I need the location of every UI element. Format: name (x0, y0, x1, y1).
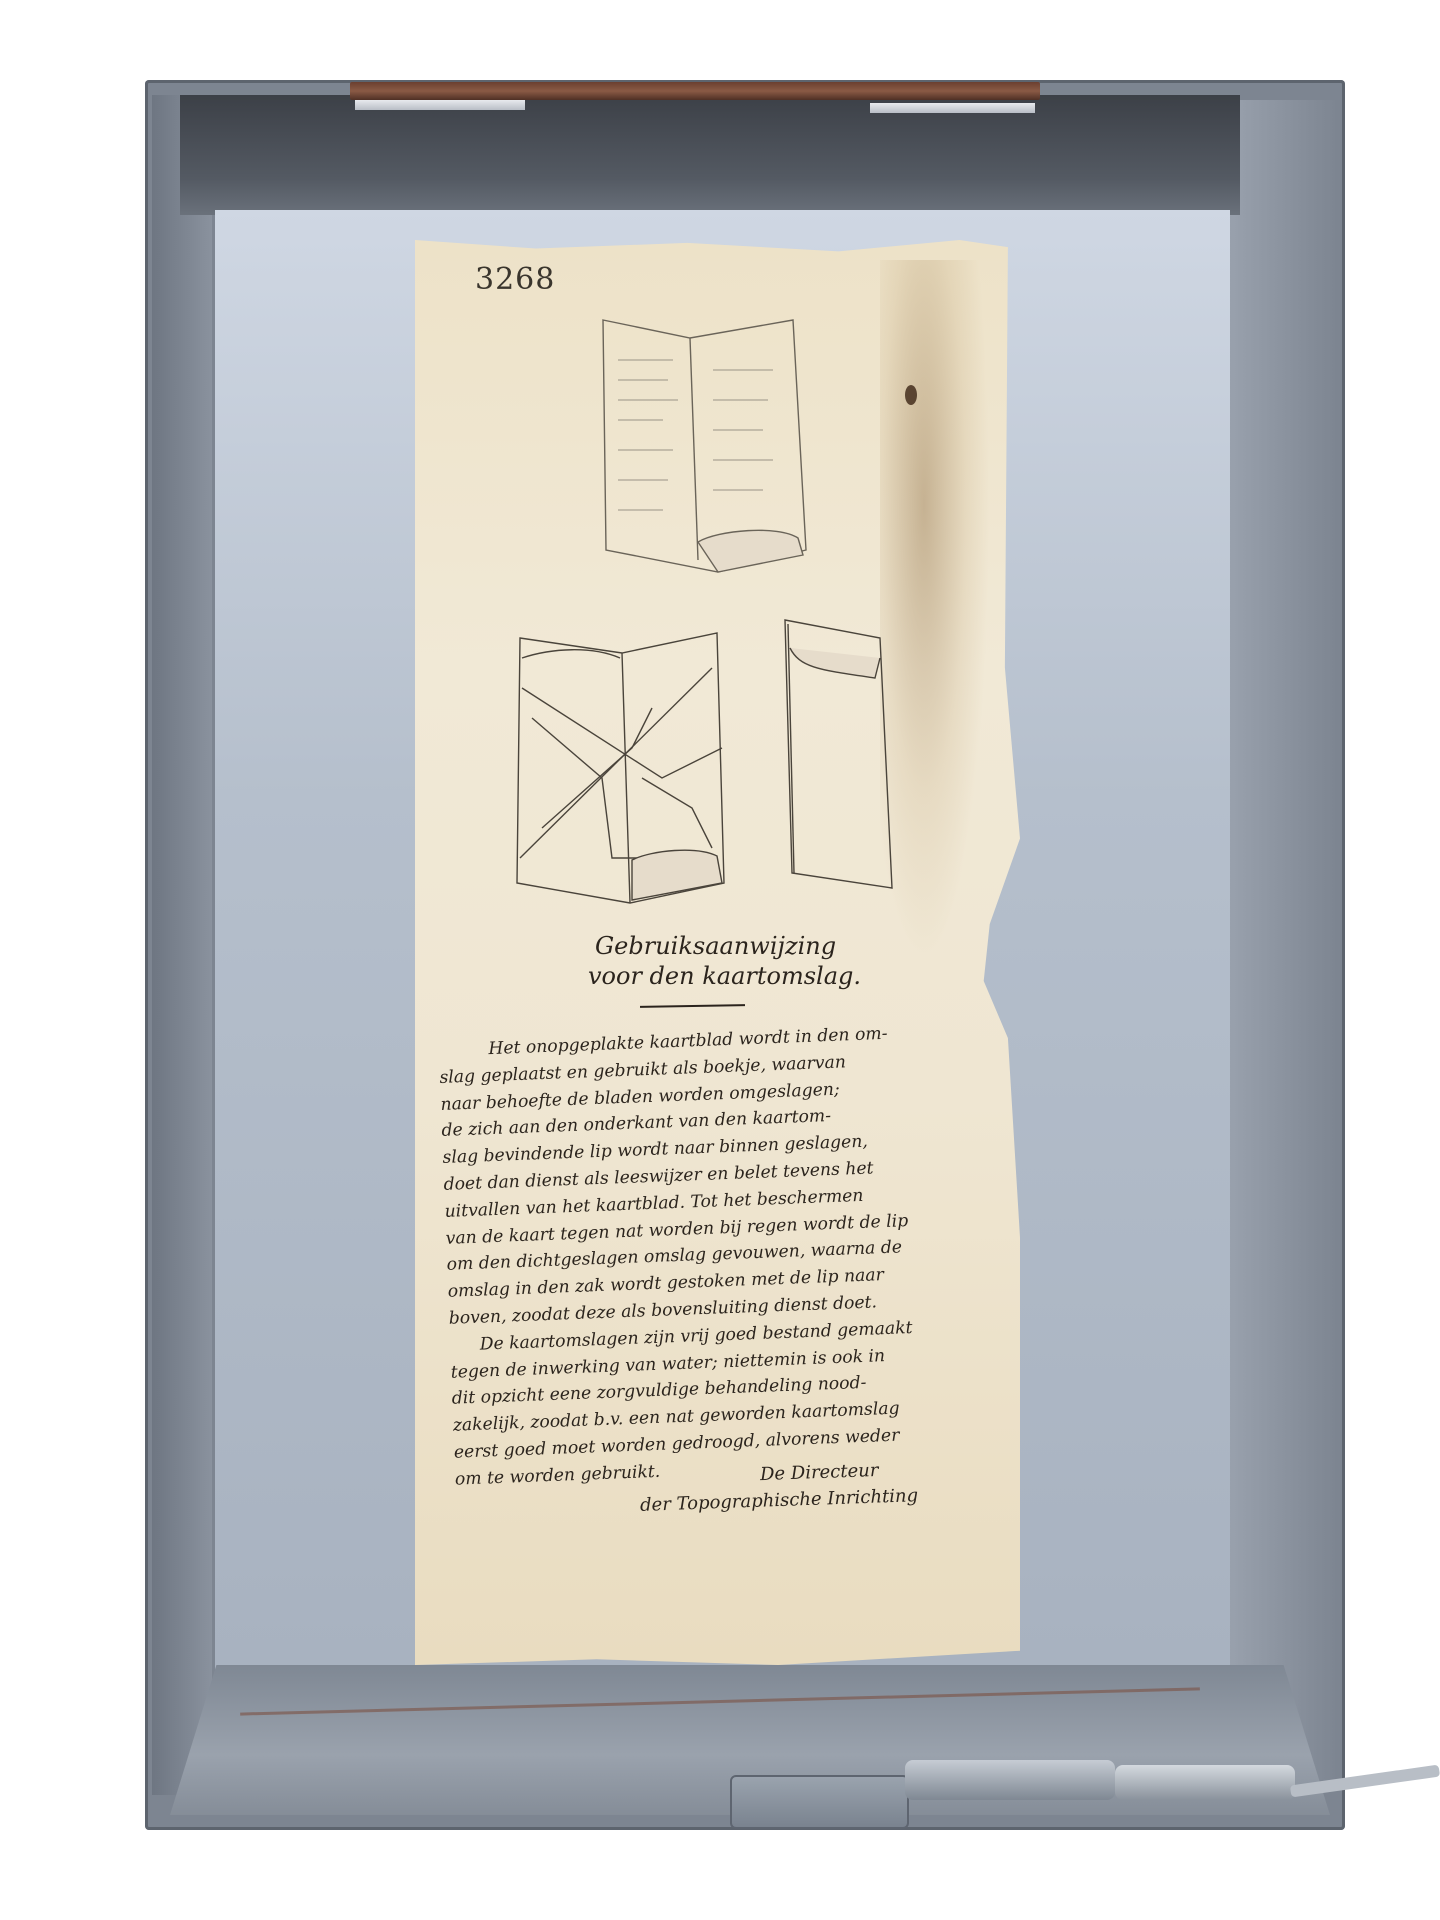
instruction-body: Het onopgeplakte kaartblad wordt in den … (438, 1016, 1025, 1493)
burn-spot (905, 385, 917, 405)
map-in-cover-diagram (512, 628, 732, 903)
bottom-hinge-knuckle (730, 1775, 909, 1829)
bottom-hinge-barrel (905, 1760, 1115, 1800)
bottom-hinge-barrel (1115, 1765, 1295, 1800)
tray-right-wall (1225, 100, 1335, 1790)
top-hinge-leaf-left (355, 100, 525, 110)
top-hinge-rail (350, 82, 1040, 100)
tray-left-wall (152, 95, 212, 1795)
tray-back-wall (180, 95, 1240, 215)
closed-envelope-diagram (780, 618, 900, 888)
document-title-line-1: Gebruiksaanwijzing (595, 932, 836, 960)
top-hinge-leaf-right (870, 103, 1035, 113)
open-booklet-diagram (598, 310, 808, 580)
signature-title: De Directeur (760, 1460, 879, 1485)
document-title-line-2: voor den kaartomslag. (588, 962, 861, 990)
serial-number: 3268 (475, 262, 555, 297)
